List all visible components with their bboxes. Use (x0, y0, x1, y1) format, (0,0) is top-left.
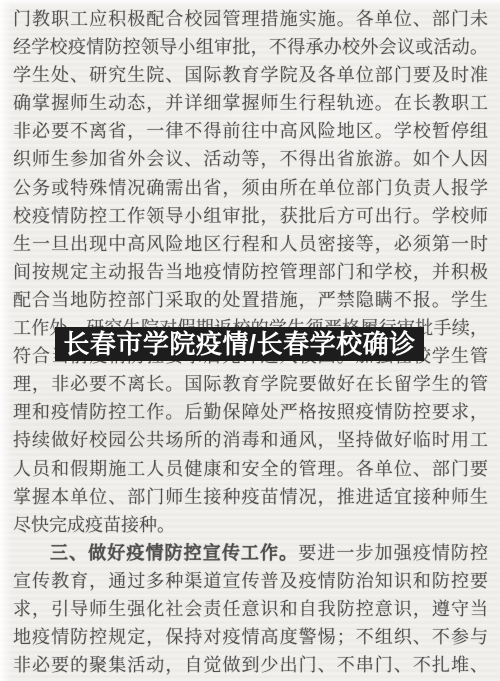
document-line: 理，非必要不离长。国际教育学院要做好在长留学生的管 (13, 370, 488, 398)
document-line: 经学校疫情防控领导小组审批，不得承办校外会议或活动。 (13, 33, 488, 61)
document-line: 生一旦出现中高风险地区行程和人员密接等，必须第一时 (13, 230, 488, 258)
headline-banner: 长春市学院疫情/长春学校确诊 (55, 327, 424, 361)
document-line: 非必要的聚集活动，自觉做到少出门、不串门、不扎堆、 (13, 651, 488, 679)
document-line: 确掌握师生动态，并详细掌握师生行程轨迹。在长教职工 (13, 89, 488, 117)
document-line: 织师生参加省外会议、活动等，不得出省旅游。如个人因 (13, 145, 488, 173)
document-line: 持续做好校园公共场所的消毒和通风，坚持做好临时用工 (13, 426, 488, 454)
document-page: 门教职工应积极配合校园管理措施实施。各单位、部门未 经学校疫情防控领导小组审批，… (0, 0, 500, 681)
document-heading-line: 三、做好疫情防控宣传工作。要进一步加强疫情防控 (13, 539, 488, 567)
document-line: 掌握本单位、部门师生接种疫苗情况，推进适宜接种师生 (13, 483, 488, 511)
document-line: 公务或特殊情况确需出省，须由所在单位部门负责人报学 (13, 174, 488, 202)
document-line: 宣传教育，通过多种渠道宣传普及疫情防治知识和防控要 (13, 567, 488, 595)
document-line: 人员和假期施工人员健康和安全的管理。各单位、部门要 (13, 455, 488, 483)
section-heading-continuation: 要进一步加强疫情防控 (298, 543, 488, 563)
document-line: 配合当地防控部门采取的处置措施，严禁隐瞒不报。学生 (13, 286, 488, 314)
document-line: 门教职工应积极配合校园管理措施实施。各单位、部门未 (13, 5, 488, 33)
document-line: 非必要不离省，一律不得前往中高风险地区。学校暂停组 (13, 117, 488, 145)
document-line: 学生处、研究生院、国际教育学院及各单位部门要及时准 (13, 61, 488, 89)
document-line: 求，引导师生强化社会责任意识和自我防控意识，遵守当 (13, 595, 488, 623)
document-line: 校疫情防控工作领导小组审批，获批后方可出行。学校师 (13, 202, 488, 230)
document-line: 间按规定主动报告当地疫情防控管理部门和学校，并积极 (13, 258, 488, 286)
document-line: 地疫情防控规定，保持对疫情高度警惕；不组织、不参与 (13, 623, 488, 651)
section-heading: 三、做好疫情防控宣传工作。 (50, 543, 298, 563)
document-line: 尽快完成疫苗接种。 (13, 511, 488, 539)
document-line: 理和疫情防控工作。后勤保障处严格按照疫情防控要求， (13, 398, 488, 426)
